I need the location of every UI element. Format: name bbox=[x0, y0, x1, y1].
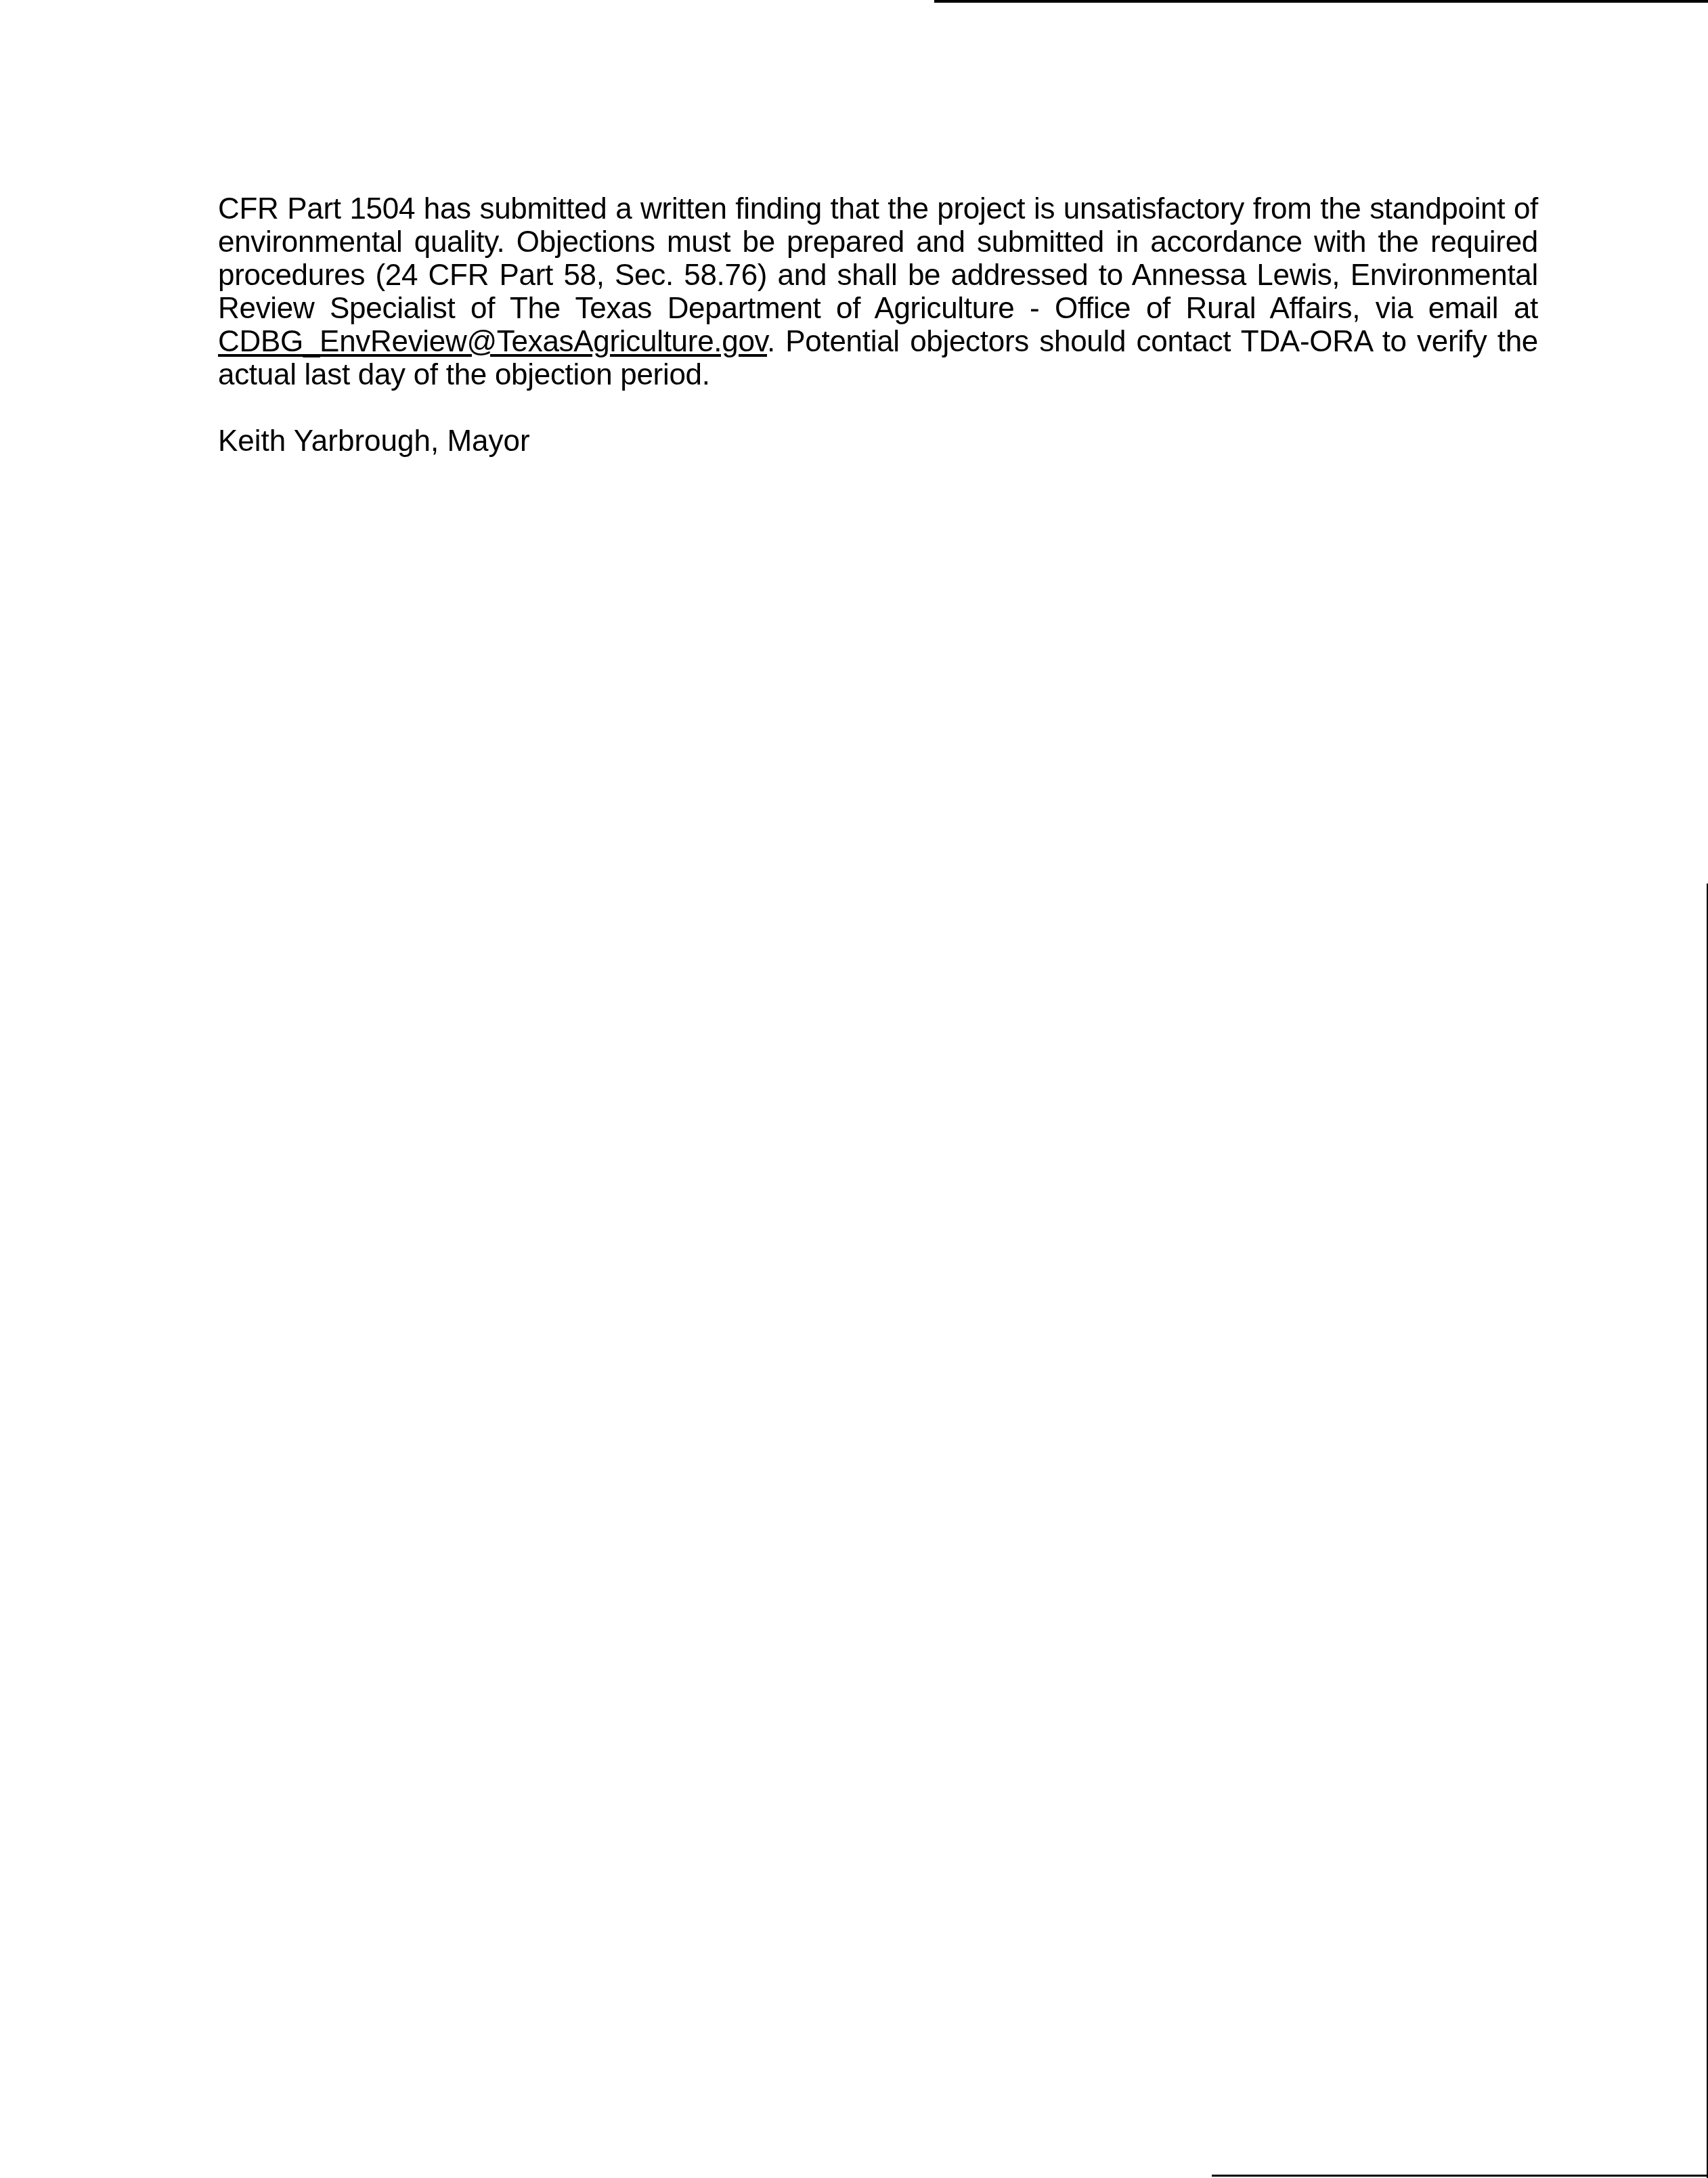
scan-edge-top bbox=[934, 0, 1708, 3]
scan-edge-bottom bbox=[1212, 2175, 1708, 2177]
document-page: CFR Part 1504 has submitted a written fi… bbox=[218, 192, 1538, 458]
email-link[interactable]: CDBG_EnvReview@TexasAgriculture.gov bbox=[218, 325, 767, 358]
paragraph-text-before-email: CFR Part 1504 has submitted a written fi… bbox=[218, 192, 1538, 325]
objection-paragraph: CFR Part 1504 has submitted a written fi… bbox=[218, 192, 1538, 391]
signature: Keith Yarbrough, Mayor bbox=[218, 424, 1538, 458]
